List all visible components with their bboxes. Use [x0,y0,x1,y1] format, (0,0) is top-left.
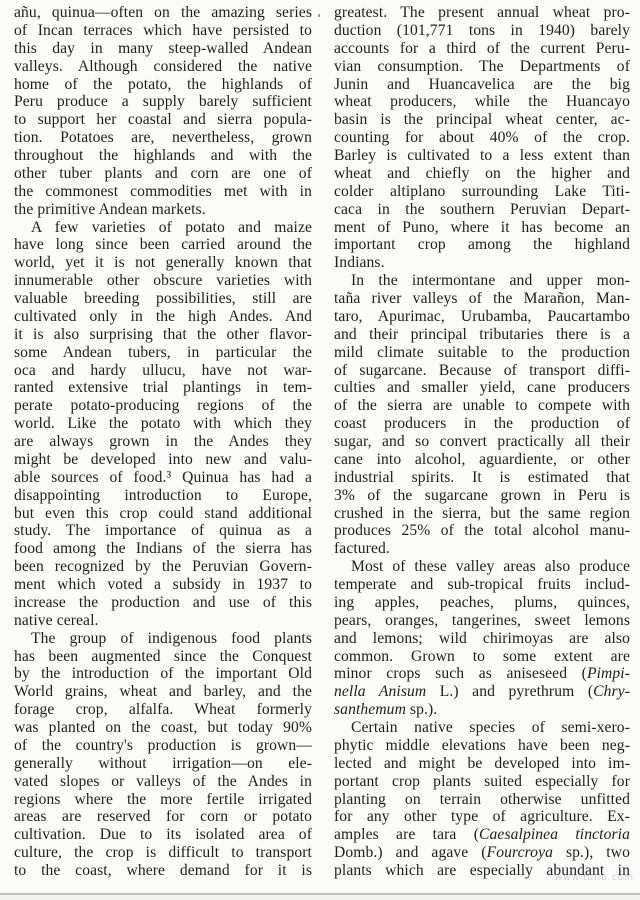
text-line: have long since been carried around the [14,236,312,254]
text-line: study. The importance of quinua as a [14,522,312,540]
text-line: valuable breeding possibilities, still a… [14,290,312,308]
text-line: other tuber plants and corn are one of [14,165,312,183]
text-line: but even this crop could stand additiona… [14,505,312,523]
text-line: forage crop, alfalfa. Wheat formerly [14,701,312,719]
text-line: greatest. The present annual wheat pro- [334,4,630,22]
text-line: Peru produce a supply barely sufficient [14,93,312,111]
text-line: counting for about 40% of the crop. [334,129,630,147]
text-line: for any other type of agriculture. Ex- [334,808,630,826]
text-line: are always grown in the Andes they [14,433,312,451]
text-line: world, yet it is not generally known tha… [14,254,312,272]
text-line: mild climate suitable to the production [334,344,630,362]
text-line: vian consumption. The Departments of [334,58,630,76]
text-line: native cereal. [14,612,312,630]
text-line: phytic middle elevations have been neg- [334,737,630,755]
text-line: World grains, wheat and barley, and the [14,683,312,701]
text-line: the primitive Andean markets. [14,201,312,219]
text-line: wheat producers, while the Huancayo [334,93,630,111]
text-line: cultivation. Due to its isolated area of [14,826,312,844]
text-line: caca in the southern Peruvian Depart- [334,201,630,219]
text-line: produces 25% of the total alcohol manu- [334,522,630,540]
text-line: increase the production and use of this [14,594,312,612]
text-line: vated slopes or valleys of the Andes in [14,773,312,791]
text-line: añu, quinua—often on the amazing series [14,4,312,22]
text-line: amples are tara (Caesalpinea tinctoria [334,826,630,844]
text-line: by the introduction of the important Old [14,665,312,683]
text-line: Certain native species of semi-xero- [334,719,630,737]
text-line: planting on terrain otherwise unfitted [334,791,630,809]
text-line: able sources of food.³ Quinua has had a [14,469,312,487]
text-line: to support her coastal and sierra popula… [14,111,312,129]
text-line: tion. Potatoes are, nevertheless, grown [14,129,312,147]
text-line: perate potato-producing regions of the [14,397,312,415]
text-line: cultivated only in the high Andes. And [14,308,312,326]
text-line: 3% of the sugarcane grown in Peru is [334,487,630,505]
text-line: coast producers in the production of [334,415,630,433]
text-line: culties and smaller yield, cane producer… [334,379,630,397]
scanned-page: añu, quinua—often on the amazing serieso… [0,0,640,895]
left-column: añu, quinua—often on the amazing serieso… [14,4,312,880]
text-line: portant crop plants suited especially fo… [334,773,630,791]
text-line: food among the Indians of the sierra has [14,540,312,558]
text-line: temperate and sub-tropical fruits includ… [334,576,630,594]
right-column: greatest. The present annual wheat pro-d… [334,4,630,880]
text-line: ment which voted a subsidy in 1937 to [14,576,312,594]
text-line: been recognized by the Peruvian Govern- [14,558,312,576]
text-line: taña river valleys of the Marañon, Man- [334,290,630,308]
text-line: nella Anisum L.) and pyrethrum (Chry- [334,683,630,701]
text-line: world. Like the potato with which they [14,415,312,433]
text-line: some Andean tubers, in particular the [14,344,312,362]
text-line: In the intermontane and upper mon- [334,272,630,290]
text-line: sugar, and so convert practically all th… [334,433,630,451]
text-line: accounts for a third of the current Peru… [334,40,630,58]
text-line: it is also surprising that the other fla… [14,326,312,344]
text-line: this day in many steep-walled Andean [14,40,312,58]
text-line: of Incan terraces which have persisted t… [14,22,312,40]
text-line: valleys. Although considered the native [14,58,312,76]
text-line: ranted extensive trial plantings in tem- [14,379,312,397]
text-line: Domb.) and agave (Fourcroya sp.), two [334,844,630,862]
text-line: of the country's production is grown— [14,737,312,755]
text-line: ment of Puno, where it has become an [334,219,630,237]
text-line: disappointing introduction to Europe, [14,487,312,505]
text-line: pears, oranges, tangerines, sweet lemons [334,612,630,630]
text-line: basin is the principal wheat center, ac- [334,111,630,129]
watermark: www.tuliu.com [555,873,634,883]
text-line: colder altiplano surrounding Lake Titi- [334,183,630,201]
text-line: important crop among the highland [334,236,630,254]
text-line: crushed in the sierra, but the same regi… [334,505,630,523]
text-line: might be developed into new and valu- [14,451,312,469]
text-line: throughout the highlands and with the [14,147,312,165]
text-line: of sugarcane. Because of transport diffi… [334,362,630,380]
text-line: oca and hardy ullucu, have not war- [14,362,312,380]
text-line: innumerable other obscure varieties with [14,272,312,290]
text-line: duction (101,771 tons in 1940) barely [334,22,630,40]
text-line: Indians. [334,254,630,272]
text-line: and their principal tributaries there is… [334,326,630,344]
text-line: Barley is cultivated to a less extent th… [334,147,630,165]
text-line: cane into alcohol, aguardiente, or other [334,451,630,469]
text-line: taro, Apurimac, Urubamba, Paucartambo [334,308,630,326]
text-line: to the coast, where demand for it is [14,862,312,880]
text-line: culture, the crop is difficult to transp… [14,844,312,862]
text-line: has been augmented since the Conquest [14,648,312,666]
text-line: regions where the more fertile irrigated [14,791,312,809]
text-line: generally without irrigation—on ele- [14,755,312,773]
text-line: factured. [334,540,630,558]
text-line: wheat and chiefly on the higher and [334,165,630,183]
text-line: and lemons; wild chirimoyas are also [334,630,630,648]
column-divider-mark [318,14,320,17]
text-line: minor crops such as aniseseed (Pimpi- [334,665,630,683]
text-line: Junin and Huancavelica are the big [334,76,630,94]
text-line: lected and might be developed into im- [334,755,630,773]
text-line: areas are reserved for corn or potato [14,808,312,826]
text-line: home of the potato, the highlands of [14,76,312,94]
text-line: was planted on the coast, but today 90% [14,719,312,737]
text-line: Most of these valley areas also produce [334,558,630,576]
text-line: ing apples, peaches, plums, quinces, [334,594,630,612]
text-line: The group of indigenous food plants [14,630,312,648]
text-line: industrial spirits. It is estimated that [334,469,630,487]
text-line: of the sierra are unable to compete with [334,397,630,415]
text-line: the commonest commodities met with in [14,183,312,201]
text-line: A few varieties of potato and maize [14,219,312,237]
text-line: santhemum sp.). [334,701,630,719]
text-line: common. Grown to some extent are [334,648,630,666]
